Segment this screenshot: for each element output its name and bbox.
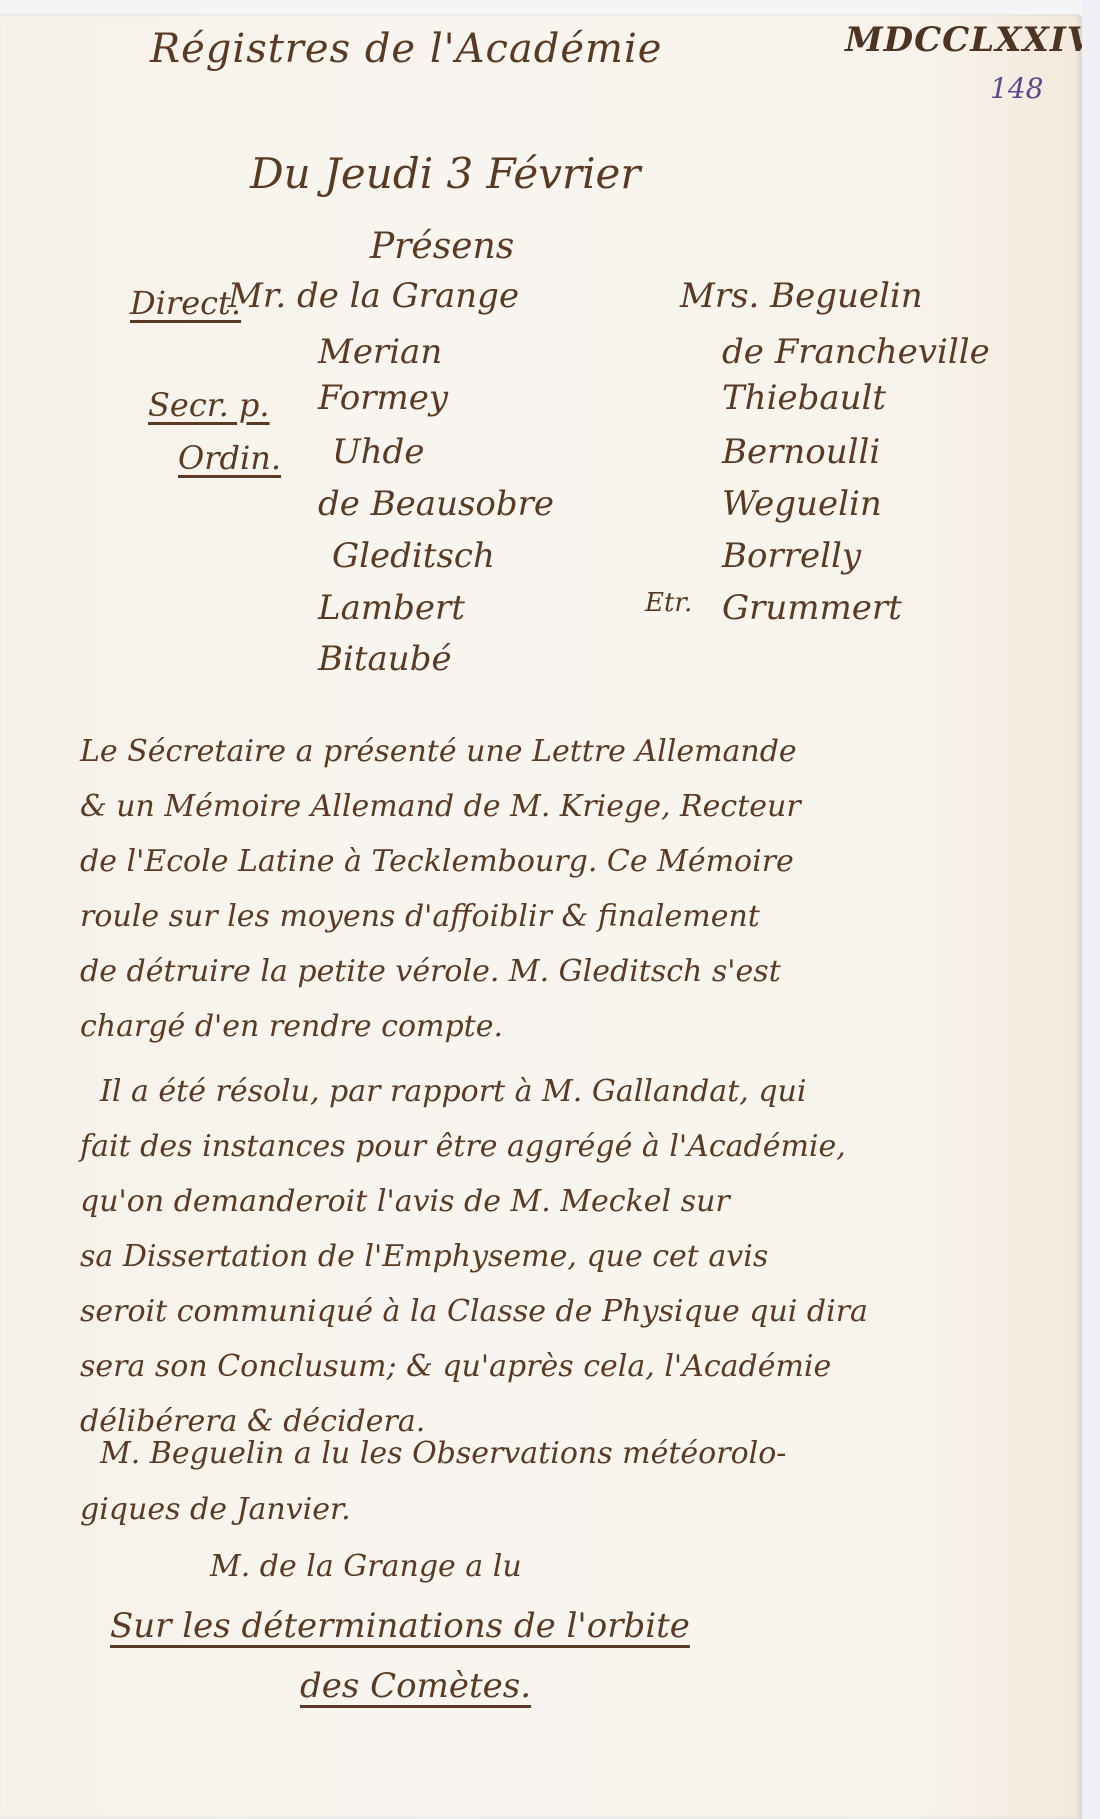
- page-edge: [1082, 0, 1100, 1819]
- attendee-name: Lambert: [318, 588, 465, 628]
- minutes-line: délibérera & décidera.: [80, 1404, 425, 1439]
- minutes-line: giques de Janvier.: [80, 1492, 351, 1527]
- minutes-line: roule sur les moyens d'affoiblir & final…: [80, 899, 760, 934]
- paper-title-line: des Comètes.: [300, 1666, 531, 1706]
- attendee-name: Merian: [318, 332, 442, 372]
- minutes-line: qu'on demanderoit l'avis de M. Meckel su…: [80, 1184, 730, 1219]
- minutes-line: M. de la Grange a lu: [210, 1549, 522, 1584]
- minutes-line: & un Mémoire Allemand de M. Kriege, Rect…: [80, 789, 801, 824]
- role-director: Direct.: [130, 284, 241, 322]
- attendee-name: Grummert: [722, 588, 902, 628]
- manuscript-page: Régistres de l'Académie MDCCLXXIV 148 Du…: [0, 14, 1082, 1819]
- attendee-name: Mr. de la Grange: [228, 276, 519, 316]
- minutes-line: sa Dissertation de l'Emphyseme, que cet …: [80, 1239, 768, 1274]
- attendee-name: Uhde: [332, 432, 424, 472]
- presens-heading: Présens: [370, 226, 514, 267]
- attendee-name: Mrs. Beguelin: [680, 276, 923, 316]
- attendee-name: de Beausobre: [318, 484, 554, 524]
- attendee-name: Bernoulli: [722, 432, 880, 472]
- register-title: Régistres de l'Académie: [150, 26, 662, 72]
- minutes-line: de détruire la petite vérole. M. Gledits…: [80, 954, 781, 989]
- minutes-line: M. Beguelin a lu les Observations météor…: [100, 1436, 786, 1471]
- attendee-name: Borrelly: [722, 536, 861, 576]
- stranger-prefix: Etr.: [645, 588, 692, 618]
- attendee-name: Formey: [318, 378, 448, 418]
- minutes-line: fait des instances pour être aggrégé à l…: [80, 1129, 846, 1164]
- folio-number: 148: [990, 72, 1043, 105]
- attendee-name: Gleditsch: [332, 536, 495, 576]
- attendee-name: de Francheville: [722, 332, 990, 372]
- attendee-name: Weguelin: [722, 484, 882, 524]
- minutes-line: seroit communiqué à la Classe de Physiqu…: [80, 1294, 868, 1329]
- paper-title-line: Sur les déterminations de l'orbite: [110, 1606, 690, 1646]
- minutes-line: Le Sécretaire a présenté une Lettre Alle…: [80, 734, 797, 769]
- minutes-line: chargé d'en rendre compte.: [80, 1009, 503, 1044]
- attendee-name: Thiebault: [722, 378, 886, 418]
- attendee-name: Bitaubé: [318, 639, 452, 679]
- role-ordinary: Ordin.: [178, 439, 281, 477]
- session-date: Du Jeudi 3 Février: [250, 149, 640, 198]
- year-roman: MDCCLXXIV: [845, 20, 1094, 60]
- minutes-line: de l'Ecole Latine à Tecklembourg. Ce Mém…: [80, 844, 794, 879]
- minutes-line: Il a été résolu, par rapport à M. Gallan…: [100, 1074, 806, 1109]
- role-secretary: Secr. p.: [148, 386, 270, 424]
- minutes-line: sera son Conclusum; & qu'après cela, l'A…: [80, 1349, 831, 1384]
